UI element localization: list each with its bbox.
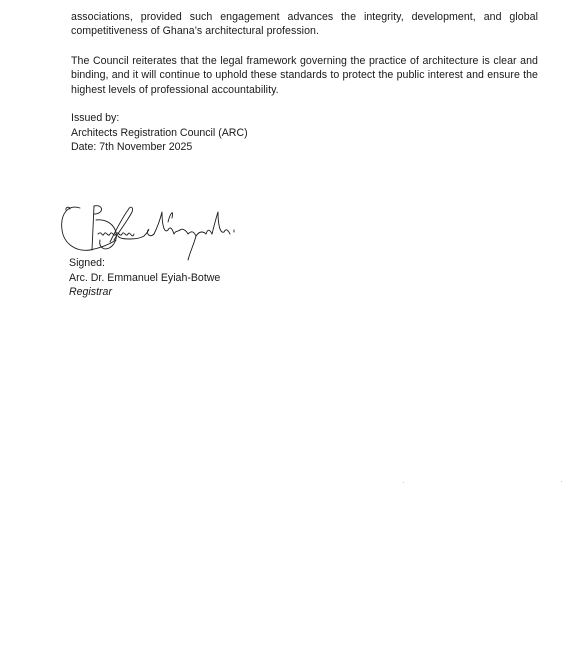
issuer-block: Issued by: Architects Registration Counc… bbox=[71, 111, 248, 155]
issued-by-label: Issued by: bbox=[71, 111, 248, 126]
closing-paragraph-1: associations, provided such engagement a… bbox=[71, 10, 538, 39]
signatory-title: Registrar bbox=[69, 285, 220, 300]
document-page: associations, provided such engagement a… bbox=[0, 0, 587, 658]
scan-artifact bbox=[403, 482, 404, 483]
signatory-name: Arc. Dr. Emmanuel Eyiah-Botwe bbox=[69, 271, 220, 286]
issuing-organization: Architects Registration Council (ARC) bbox=[71, 126, 248, 141]
closing-paragraph-2: The Council reiterates that the legal fr… bbox=[71, 54, 538, 97]
signed-label: Signed: bbox=[69, 256, 220, 271]
signatory-block: Signed: Arc. Dr. Emmanuel Eyiah-Botwe Re… bbox=[69, 256, 220, 300]
issue-date: Date: 7th November 2025 bbox=[71, 140, 248, 155]
scan-artifact bbox=[561, 481, 562, 482]
signature-icon bbox=[58, 200, 238, 264]
